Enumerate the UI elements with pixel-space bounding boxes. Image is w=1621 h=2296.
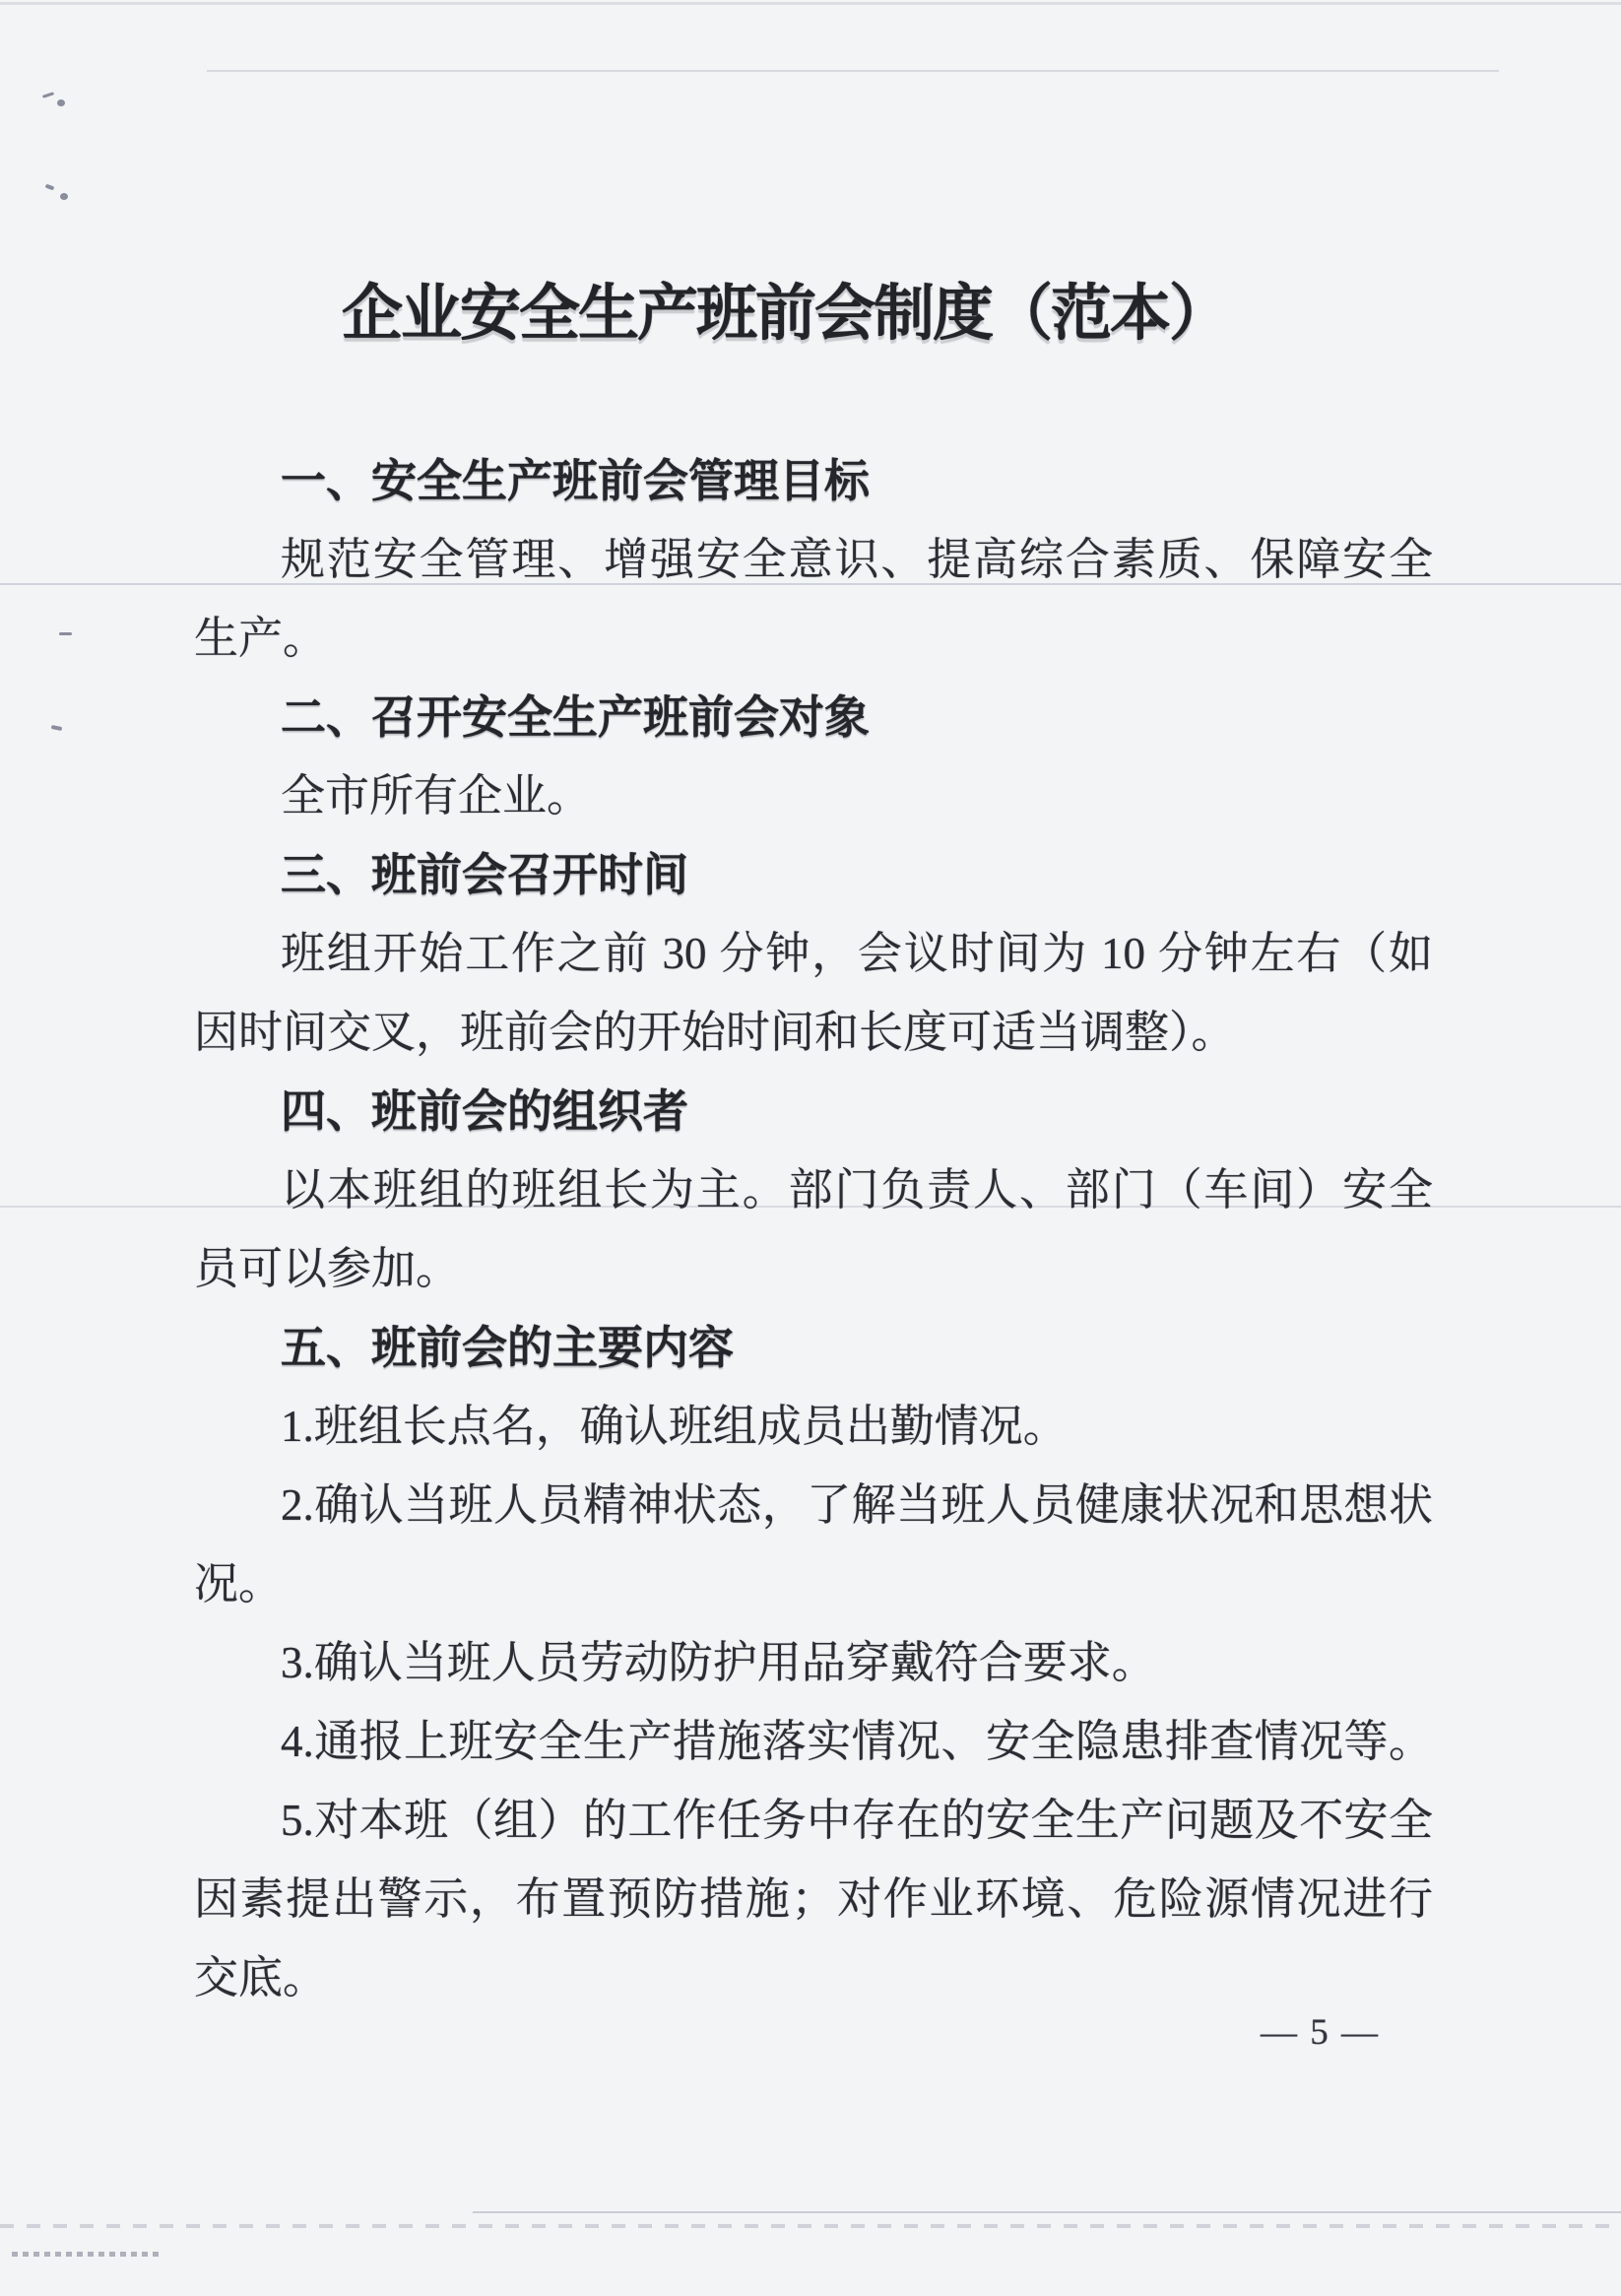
list-item-4: 4.通报上班安全生产措施落实情况、安全隐患排查情况等。 bbox=[194, 1702, 1433, 1781]
document-title: 企业安全生产班前会制度（范本） bbox=[342, 282, 1228, 347]
list-item-3: 3.确认当班人员劳动防护用品穿戴符合要求。 bbox=[194, 1623, 1433, 1702]
section-2-heading: 二、召开安全生产班前会对象 bbox=[194, 678, 1433, 756]
document-body: 一、安全生产班前会管理目标 规范安全管理、增强安全意识、提高综合素质、保障安全 … bbox=[194, 441, 1433, 2017]
ink-speck bbox=[57, 99, 65, 106]
section-3-heading: 三、班前会召开时间 bbox=[194, 835, 1433, 914]
section-1-heading: 一、安全生产班前会管理目标 bbox=[194, 441, 1433, 520]
ink-speck bbox=[42, 92, 54, 98]
section-5-heading: 五、班前会的主要内容 bbox=[194, 1308, 1433, 1387]
paragraph-line: 班组开始工作之前 30 分钟，会议时间为 10 分钟左右（如 bbox=[194, 914, 1433, 993]
paragraph-line: 规范安全管理、增强安全意识、提高综合素质、保障安全 bbox=[194, 520, 1433, 599]
ink-speck bbox=[45, 184, 55, 191]
scan-noise-band bbox=[0, 2224, 1621, 2228]
scan-streak bbox=[473, 2211, 1621, 2213]
paragraph-line: 以本班组的班组长为主。部门负责人、部门（车间）安全 bbox=[194, 1150, 1433, 1229]
list-item-5-continuation: 因素提出警示，布置预防措施；对作业环境、危险源情况进行 bbox=[194, 1860, 1433, 1938]
paragraph-line: 因时间交叉，班前会的开始时间和长度可适当调整）。 bbox=[194, 993, 1433, 1072]
list-item-1: 1.班组长点名，确认班组成员出勤情况。 bbox=[194, 1387, 1433, 1466]
list-item-2-continuation: 况。 bbox=[194, 1544, 1433, 1623]
page-number: — 5 — bbox=[1261, 2011, 1380, 2055]
ink-speck bbox=[51, 725, 63, 731]
list-item-5: 5.对本班（组）的工作任务中存在的安全生产问题及不安全 bbox=[194, 1781, 1433, 1860]
paragraph-line: 全市所有企业。 bbox=[194, 756, 1433, 835]
ink-speck bbox=[59, 632, 72, 635]
scanned-document-page: 企业安全生产班前会制度（范本） 一、安全生产班前会管理目标 规范安全管理、增强安… bbox=[0, 0, 1621, 2296]
scan-streak bbox=[207, 70, 1499, 72]
list-item-2: 2.确认当班人员精神状态，了解当班人员健康状况和思想状 bbox=[194, 1466, 1433, 1544]
paragraph-line: 生产。 bbox=[194, 599, 1433, 678]
ink-speck bbox=[60, 193, 68, 200]
list-item-5-continuation: 交底。 bbox=[194, 1938, 1433, 2017]
scan-streak bbox=[0, 2, 1621, 5]
section-4-heading: 四、班前会的组织者 bbox=[194, 1072, 1433, 1150]
scan-noise-band bbox=[12, 2252, 160, 2257]
paragraph-line: 员可以参加。 bbox=[194, 1229, 1433, 1308]
